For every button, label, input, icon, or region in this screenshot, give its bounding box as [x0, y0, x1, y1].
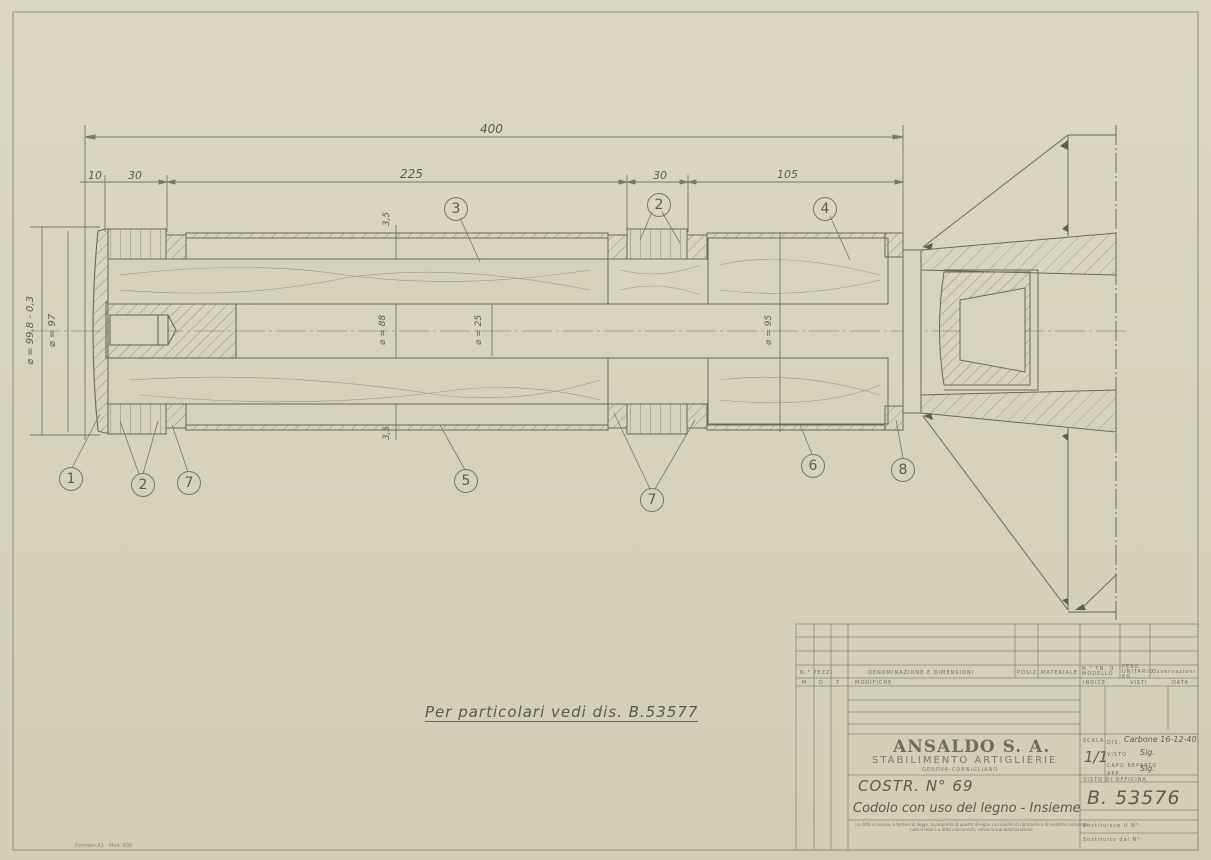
- dim-segment-225: 225: [400, 167, 423, 181]
- header-modello: N.° TN. O MODELLO: [1082, 667, 1120, 677]
- scale-value: 1/1: [1084, 748, 1108, 766]
- drawing-title: Codolo con uso del legno - Insieme: [853, 801, 1081, 816]
- header-modifiche: MODIFICHE: [855, 680, 892, 686]
- header-denominazione: DENOMINAZIONE E DIMENSIONI: [868, 670, 974, 676]
- construction-number: COSTR. N° 69: [858, 777, 974, 795]
- signature-app: Sig.: [1140, 764, 1155, 773]
- label-replaced-by: Sostituito dal N°:: [1083, 837, 1143, 843]
- dim-overall-length: 400: [480, 122, 503, 136]
- signature-visto: Sig.: [1140, 748, 1155, 757]
- label-replaces: Sostituisce il N°:: [1083, 823, 1142, 829]
- balloon-part-2: 2: [647, 193, 671, 217]
- label-visto-officina: VISTO DI OFFICINA: [1083, 777, 1147, 783]
- header-posiz: POSIZ.: [1017, 670, 1040, 676]
- label-visto: VISTO: [1107, 752, 1127, 758]
- header-peso: PESO UNITARIO KG: [1122, 665, 1150, 680]
- header-n-pezzi: N.° PEZZI: [800, 670, 833, 676]
- balloon-part-8: 8: [891, 458, 915, 482]
- balloon-part-5: 5: [454, 469, 478, 493]
- balloon-part-2: 2: [131, 473, 155, 497]
- drawing-sheet: 400 10 30 225 30 105 ⌀ = 99,8 - 0,3 ⌀ = …: [0, 0, 1211, 860]
- company-division: STABILIMENTO ARTIGLIERIE: [872, 755, 1057, 766]
- balloon-part-4: 4: [813, 197, 837, 221]
- dim-segment-105: 105: [777, 168, 798, 181]
- header-visti: VISTI: [1130, 680, 1148, 686]
- dim-wall-top: 3,5: [382, 212, 392, 226]
- company-location: GENOVA-CORNIGLIANO: [922, 767, 998, 773]
- header-osservazioni: Osservazioni: [1152, 669, 1196, 675]
- header-materiale: MATERIALE: [1041, 670, 1078, 676]
- label-scala: SCALA: [1083, 738, 1104, 744]
- header-d: D: [819, 680, 824, 686]
- header-data: DATA: [1172, 680, 1189, 686]
- legal-notice: La ditta si riserva, a termini di legge,…: [852, 822, 1092, 832]
- signature-dis: Carbone 16-12-40: [1124, 735, 1197, 744]
- dim-segment-30-left: 30: [128, 169, 142, 182]
- dim-diameter-outer: ⌀ = 99,8 - 0,3: [25, 296, 36, 365]
- dim-wall-bottom: 3,5: [382, 426, 392, 440]
- tail-fin-assembly: [921, 125, 1116, 620]
- balloon-part-3: 3: [444, 197, 468, 221]
- dim-diameter-25: ⌀ = 25: [474, 315, 484, 345]
- balloon-part-1: 1: [59, 467, 83, 491]
- part-8-ring: [885, 233, 921, 430]
- dim-segment-10: 10: [88, 169, 102, 182]
- header-t: T: [836, 680, 840, 686]
- label-dis: DIS.: [1107, 740, 1121, 746]
- balloon-part-7: 7: [640, 488, 664, 512]
- header-indice: INDICE: [1083, 680, 1106, 686]
- technical-drawing: [0, 0, 1211, 860]
- footer-print: Formato A1 - Mod. 608: [75, 843, 132, 849]
- reference-note: Per particolari vedi dis. B.53577: [425, 703, 698, 722]
- dim-segment-30-right: 30: [653, 169, 667, 182]
- balloon-part-6: 6: [801, 454, 825, 478]
- dim-diameter-95: ⌀ = 95: [764, 315, 774, 345]
- company-name: ANSALDO S. A.: [893, 737, 1050, 757]
- header-m: M: [802, 680, 807, 686]
- drawing-number: B. 53576: [1087, 787, 1181, 809]
- dim-diameter-88: ⌀ = 88: [378, 315, 388, 345]
- balloon-part-7: 7: [177, 471, 201, 495]
- dim-diameter-97: ⌀ = 97: [47, 314, 58, 347]
